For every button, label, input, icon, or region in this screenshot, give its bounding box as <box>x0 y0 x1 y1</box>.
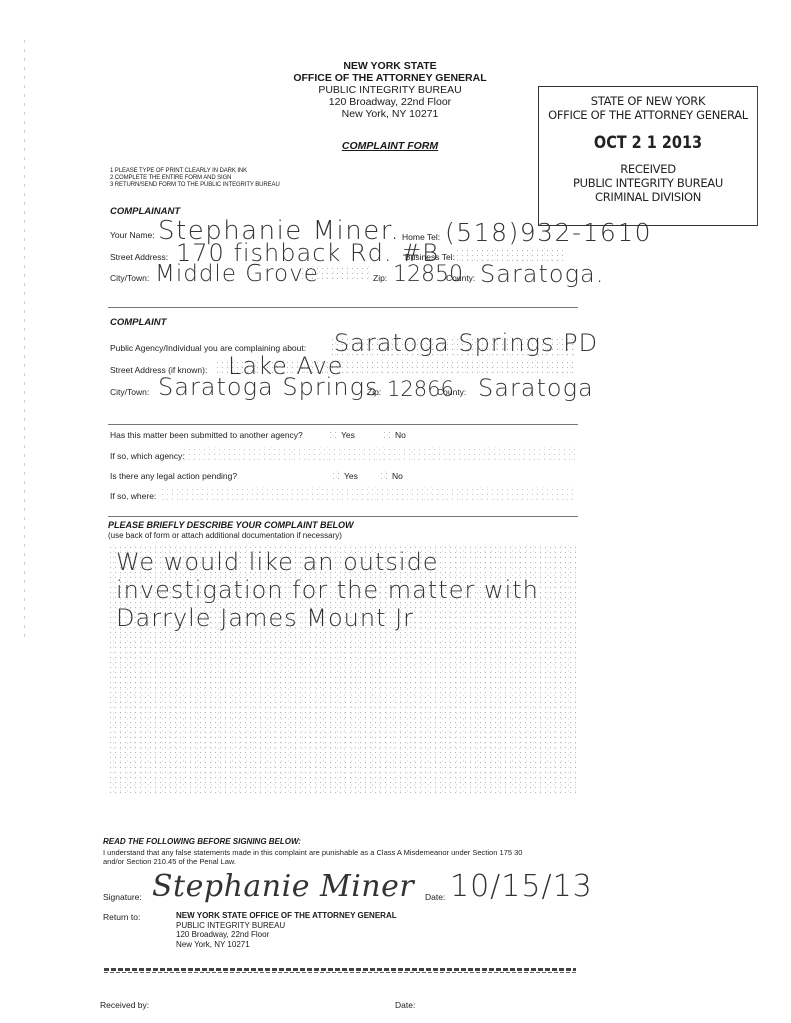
legal-notice-line1: I understand that any false statements m… <box>103 848 522 857</box>
legal-yes-checkbox[interactable] <box>331 471 340 480</box>
submitted-no-option[interactable]: No <box>382 430 406 440</box>
which-agency-label: If so, which agency: <box>110 451 185 461</box>
header-bureau: PUBLIC INTEGRITY BUREAU <box>240 84 540 96</box>
return-to-label: Return to: <box>103 912 140 922</box>
where-label: If so, where: <box>110 491 156 501</box>
complaint-section-title: COMPLAINT <box>110 317 166 328</box>
complaint-city-label: City/Town: <box>110 387 149 397</box>
section-divider <box>108 424 578 425</box>
complaint-county-label: County: <box>437 387 466 397</box>
stamp-received: RECEIVED <box>539 162 757 176</box>
section-divider <box>108 307 578 308</box>
stamp-date: OCT 2 1 2013 <box>555 136 740 150</box>
complaint-city-field[interactable]: Saratoga Springs <box>158 376 378 398</box>
return-city: New York, NY 10271 <box>176 940 397 950</box>
city-label: City/Town: <box>110 273 149 283</box>
legal-no-option[interactable]: No <box>379 471 403 481</box>
submitted-no-label: No <box>395 430 406 440</box>
instruction-item: 2 COMPLETE THE ENTIRE FORM AND SIGN <box>110 175 280 182</box>
stamp-office: OFFICE OF THE ATTORNEY GENERAL <box>539 108 757 122</box>
submitted-question: Has this matter been submitted to anothe… <box>110 430 303 440</box>
legal-yes-option[interactable]: Yes <box>331 471 358 481</box>
page-scan-edge <box>24 40 25 640</box>
which-agency-field[interactable] <box>182 447 577 461</box>
cut-line <box>104 968 576 971</box>
return-bureau: PUBLIC INTEGRITY BUREAU <box>176 921 397 931</box>
agency-field[interactable]: Saratoga Springs PD <box>334 332 598 354</box>
signature-date-field[interactable]: 10/15/13 <box>450 876 593 898</box>
instruction-item: 1 PLEASE TYPE OF PRINT CLEARLY IN DARK I… <box>110 168 280 175</box>
return-street: 120 Broadway, 22nd Floor <box>176 930 397 940</box>
header-office: OFFICE OF THE ATTORNEY GENERAL <box>240 72 540 84</box>
stamp-state: STATE OF NEW YORK <box>539 94 757 108</box>
return-address: NEW YORK STATE OFFICE OF THE ATTORNEY GE… <box>176 911 397 949</box>
legal-no-label: No <box>392 471 403 481</box>
description-field[interactable]: We would like an outside investigation f… <box>116 548 586 632</box>
description-line: Darryle James Mount Jr <box>116 604 586 632</box>
received-by-label: Received by: <box>100 1000 149 1010</box>
legal-notice-line2: and/or Section 210.45 of the Penal Law. <box>103 857 236 866</box>
home-tel-field[interactable]: (518)932-1610 <box>445 222 652 244</box>
description-line: investigation for the matter with <box>116 576 586 604</box>
submitted-yes-option[interactable]: Yes <box>328 430 355 440</box>
complaint-county-field[interactable]: Saratoga <box>478 377 594 399</box>
received-stamp: STATE OF NEW YORK OFFICE OF THE ATTORNEY… <box>538 86 758 226</box>
county-field[interactable]: Saratoga. <box>480 263 604 285</box>
return-office: NEW YORK STATE OFFICE OF THE ATTORNEY GE… <box>176 911 397 921</box>
description-subtitle: (use back of form or attach additional d… <box>108 531 342 540</box>
submitted-no-checkbox[interactable] <box>382 430 391 439</box>
cut-line <box>104 972 576 973</box>
complaint-zip-label: Zip: <box>367 387 381 397</box>
county-label: County: <box>446 273 475 283</box>
submitted-yes-checkbox[interactable] <box>328 430 337 439</box>
description-line: We would like an outside <box>116 548 586 576</box>
instructions-list: 1 PLEASE TYPE OF PRINT CLEARLY IN DARK I… <box>110 168 280 189</box>
header-state: NEW YORK STATE <box>240 60 540 72</box>
header-address: 120 Broadway, 22nd Floor <box>240 96 540 108</box>
signature-field[interactable]: Stephanie Miner <box>152 876 414 898</box>
header-city: New York, NY 10271 <box>240 108 540 120</box>
instruction-item: 3 RETURN/SEND FORM TO THE PUBLIC INTEGRI… <box>110 182 280 189</box>
city-field[interactable]: Middle Grove <box>155 263 319 285</box>
signature-label: Signature: <box>103 892 142 902</box>
submitted-yes-label: Yes <box>341 430 355 440</box>
stamp-bureau: PUBLIC INTEGRITY BUREAU <box>539 176 757 190</box>
legal-action-question: Is there any legal action pending? <box>110 471 237 481</box>
form-header: NEW YORK STATE OFFICE OF THE ATTORNEY GE… <box>240 60 540 120</box>
city-field-scan-noise <box>300 266 370 282</box>
signature-date-label: Date: <box>425 892 445 902</box>
name-label: Your Name: <box>110 230 155 240</box>
section-divider <box>108 516 578 517</box>
legal-no-checkbox[interactable] <box>379 471 388 480</box>
legal-yes-label: Yes <box>344 471 358 481</box>
description-title: PLEASE BRIEFLY DESCRIBE YOUR COMPLAINT B… <box>108 520 354 530</box>
business-tel-label: Business Tel: <box>405 252 455 262</box>
legal-notice-title: READ THE FOLLOWING BEFORE SIGNING BELOW: <box>103 837 301 846</box>
received-date-label: Date: <box>395 1000 415 1010</box>
zip-label: Zip: <box>373 273 387 283</box>
form-title: COMPLAINT FORM <box>240 140 540 152</box>
stamp-division: CRIMINAL DIVISION <box>539 190 757 204</box>
where-field[interactable] <box>160 487 577 501</box>
